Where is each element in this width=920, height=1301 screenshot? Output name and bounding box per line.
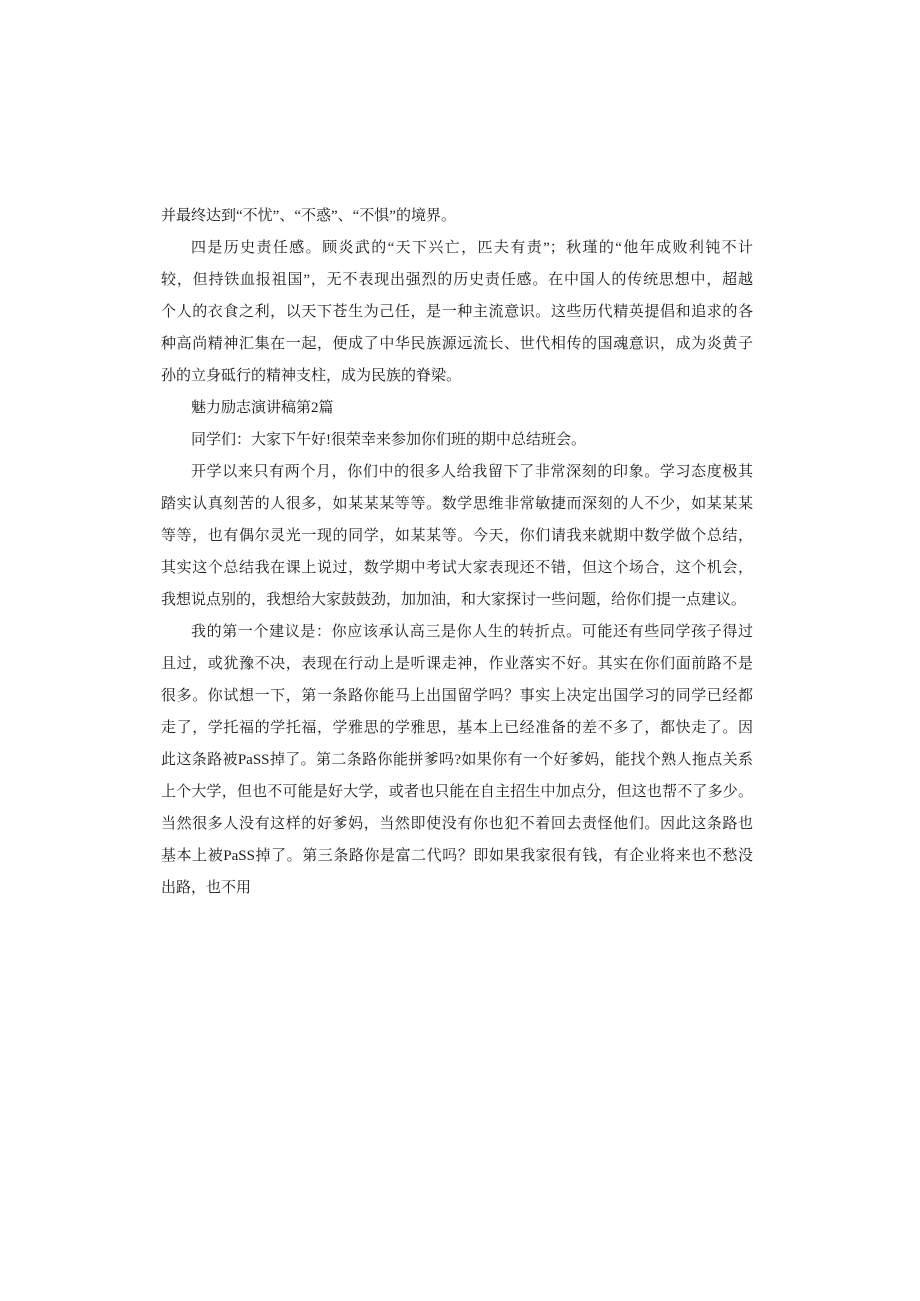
paragraph: 同学们：大家下午好!很荣幸来参加你们班的期中总结班会。 — [161, 424, 753, 456]
text-line: 且过，或犹豫不决，表现在行动上是听课走神，作业落实不好。其实在你们面前路不是 — [161, 648, 753, 680]
text-line: 出路，也不用 — [161, 872, 753, 904]
text-line: 我想说点别的，我想给大家鼓鼓劲，加加油，和大家探讨一些问题，给你们提一点建议。 — [161, 584, 753, 616]
text-line: 同学们：大家下午好!很荣幸来参加你们班的期中总结班会。 — [161, 424, 753, 456]
text-line: 较，但持铁血报祖国”，无不表现出强烈的历史责任感。在中国人的传统思想中，超越 — [161, 264, 753, 296]
text-line: 我的第一个建议是：你应该承认高三是你人生的转折点。可能还有些同学孩子得过 — [161, 616, 753, 648]
text-line: 等等，也有偶尔灵光一现的同学，如某某等。今天，你们请我来就期中数学做个总结， — [161, 520, 753, 552]
text-line: 此这条路被PaSS掉了。第二条路你能拼爹吗?如果你有一个好爹妈，能找个熟人拖点关… — [161, 744, 753, 776]
paragraph: 开学以来只有两个月，你们中的很多人给我留下了非常深刻的印象。学习态度极其 踏实认… — [161, 456, 753, 616]
text-line: 走了，学托福的学托福，学雅思的学雅思，基本上已经准备的差不多了，都快走了。因 — [161, 712, 753, 744]
text-line: 个人的衣食之利，以天下苍生为己任，是一种主流意识。这些历代精英提倡和追求的各 — [161, 296, 753, 328]
text-line: 开学以来只有两个月，你们中的很多人给我留下了非常深刻的印象。学习态度极其 — [161, 456, 753, 488]
text-line: 上个大学，但也不可能是好大学，或者也只能在自主招生中加点分，但这也帮不了多少。 — [161, 776, 753, 808]
paragraph: 四是历史责任感。顾炎武的“天下兴亡，匹夫有责”；秋瑾的“他年成败利钝不计 较，但… — [161, 232, 753, 392]
paragraph-section-title: 魅力励志演讲稿第2篇 — [161, 392, 753, 424]
text-line: 四是历史责任感。顾炎武的“天下兴亡，匹夫有责”；秋瑾的“他年成败利钝不计 — [161, 232, 753, 264]
text-line: 孙的立身砥行的精神支柱，成为民族的脊梁。 — [161, 360, 753, 392]
text-line: 基本上被PaSS掉了。第三条路你是富二代吗？即如果我家很有钱，有企业将来也不愁没 — [161, 840, 753, 872]
text-line: 很多。你试想一下，第一条路你能马上出国留学吗？事实上决定出国学习的同学已经都 — [161, 680, 753, 712]
text-line: 当然很多人没有这样的好爹妈，当然即使没有你也犯不着回去责怪他们。因此这条路也 — [161, 808, 753, 840]
text-line: 并最终达到“不忧”、“不惑”、“不惧”的境界。 — [161, 200, 753, 232]
text-line: 种高尚精神汇集在一起，便成了中华民族源远流长、世代相传的国魂意识，成为炎黄子 — [161, 328, 753, 360]
paragraph: 我的第一个建议是：你应该承认高三是你人生的转折点。可能还有些同学孩子得过 且过，… — [161, 616, 753, 904]
text-line: 魅力励志演讲稿第2篇 — [161, 392, 753, 424]
text-line: 其实这个总结我在课上说过，数学期中考试大家表现还不错，但这个场合，这个机会， — [161, 552, 753, 584]
document-page: 并最终达到“不忧”、“不惑”、“不惧”的境界。 四是历史责任感。顾炎武的“天下兴… — [0, 0, 920, 1301]
document-body: 并最终达到“不忧”、“不惑”、“不惧”的境界。 四是历史责任感。顾炎武的“天下兴… — [161, 200, 753, 904]
text-line: 踏实认真刻苦的人很多，如某某某等等。数学思维非常敏捷而深刻的人不少，如某某某 — [161, 488, 753, 520]
paragraph: 并最终达到“不忧”、“不惑”、“不惧”的境界。 — [161, 200, 753, 232]
